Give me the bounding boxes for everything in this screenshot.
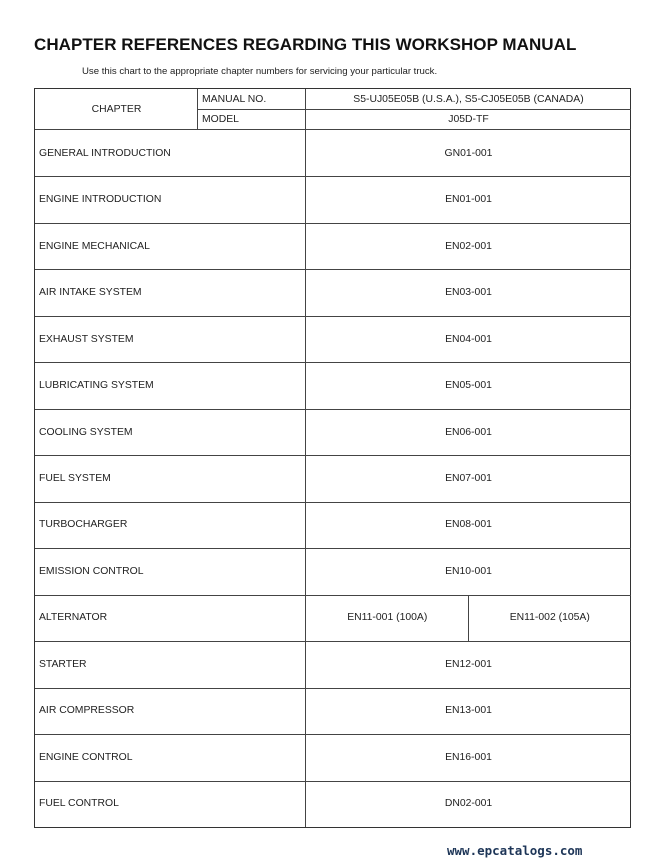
chapter-reference: DN02-001 <box>306 781 631 827</box>
chapter-reference: EN11-001 (100A) <box>306 595 469 641</box>
row-divider <box>35 455 631 456</box>
column-divider <box>305 269 306 315</box>
chapter-reference: EN13-001 <box>306 688 631 734</box>
chapter-reference: EN04-001 <box>306 316 631 362</box>
chapter-name: LUBRICATING SYSTEM <box>35 362 305 408</box>
chapter-name: FUEL CONTROL <box>35 781 305 827</box>
row-divider <box>35 502 631 503</box>
chapter-reference: EN11-002 (105A) <box>469 595 632 641</box>
column-divider <box>305 641 306 687</box>
chapter-reference: EN05-001 <box>306 362 631 408</box>
column-divider <box>305 502 306 548</box>
chapter-reference: EN07-001 <box>306 455 631 501</box>
column-divider <box>305 595 306 641</box>
column-divider <box>305 316 306 362</box>
chapter-reference: EN01-001 <box>306 176 631 222</box>
chapter-reference: EN16-001 <box>306 734 631 780</box>
row-divider <box>35 223 631 224</box>
column-divider <box>305 130 306 176</box>
chapter-reference: GN01-001 <box>306 130 631 176</box>
chapter-reference-table: CHAPTER MANUAL NO. S5-UJ05E05B (U.S.A.),… <box>34 88 631 828</box>
chapter-reference: EN08-001 <box>306 502 631 548</box>
page-subtitle: Use this chart to the appropriate chapte… <box>82 66 437 77</box>
chapter-name: AIR COMPRESSOR <box>35 688 305 734</box>
column-divider <box>305 223 306 269</box>
model-value: J05D-TF <box>306 109 631 129</box>
chapter-name: EMISSION CONTROL <box>35 548 305 594</box>
column-divider <box>305 734 306 780</box>
row-divider <box>35 781 631 782</box>
chapter-reference: EN06-001 <box>306 409 631 455</box>
manual-no-label: MANUAL NO. <box>198 89 306 109</box>
column-divider <box>305 688 306 734</box>
chapter-name: EXHAUST SYSTEM <box>35 316 305 362</box>
row-divider <box>35 548 631 549</box>
chapter-name: TURBOCHARGER <box>35 502 305 548</box>
row-divider <box>35 362 631 363</box>
chapter-name: ENGINE CONTROL <box>35 734 305 780</box>
row-divider <box>35 409 631 410</box>
column-divider <box>305 409 306 455</box>
chapter-reference: EN02-001 <box>306 223 631 269</box>
cell-divider <box>468 595 469 641</box>
chapter-name: FUEL SYSTEM <box>35 455 305 501</box>
chapter-name: ENGINE INTRODUCTION <box>35 176 305 222</box>
model-label: MODEL <box>198 109 306 129</box>
column-divider <box>305 781 306 827</box>
row-divider <box>35 269 631 270</box>
chapter-reference: EN12-001 <box>306 641 631 687</box>
manual-no-value: S5-UJ05E05B (U.S.A.), S5-CJ05E05B (CANAD… <box>306 89 631 109</box>
row-divider <box>35 688 631 689</box>
row-divider <box>35 641 631 642</box>
chapter-header: CHAPTER <box>35 89 198 129</box>
row-divider <box>35 595 631 596</box>
page-title: CHAPTER REFERENCES REGARDING THIS WORKSH… <box>34 35 576 55</box>
column-divider <box>305 455 306 501</box>
chapter-name: STARTER <box>35 641 305 687</box>
watermark: www.epcatalogs.com <box>447 843 582 858</box>
column-divider <box>305 548 306 594</box>
row-divider <box>35 734 631 735</box>
row-divider <box>35 176 631 177</box>
chapter-reference: EN03-001 <box>306 269 631 315</box>
row-divider <box>35 316 631 317</box>
chapter-name: GENERAL INTRODUCTION <box>35 130 305 176</box>
chapter-name: ALTERNATOR <box>35 595 305 641</box>
chapter-name: ENGINE MECHANICAL <box>35 223 305 269</box>
column-divider <box>305 176 306 222</box>
chapter-name: COOLING SYSTEM <box>35 409 305 455</box>
chapter-name: AIR INTAKE SYSTEM <box>35 269 305 315</box>
column-divider <box>305 362 306 408</box>
chapter-reference: EN10-001 <box>306 548 631 594</box>
